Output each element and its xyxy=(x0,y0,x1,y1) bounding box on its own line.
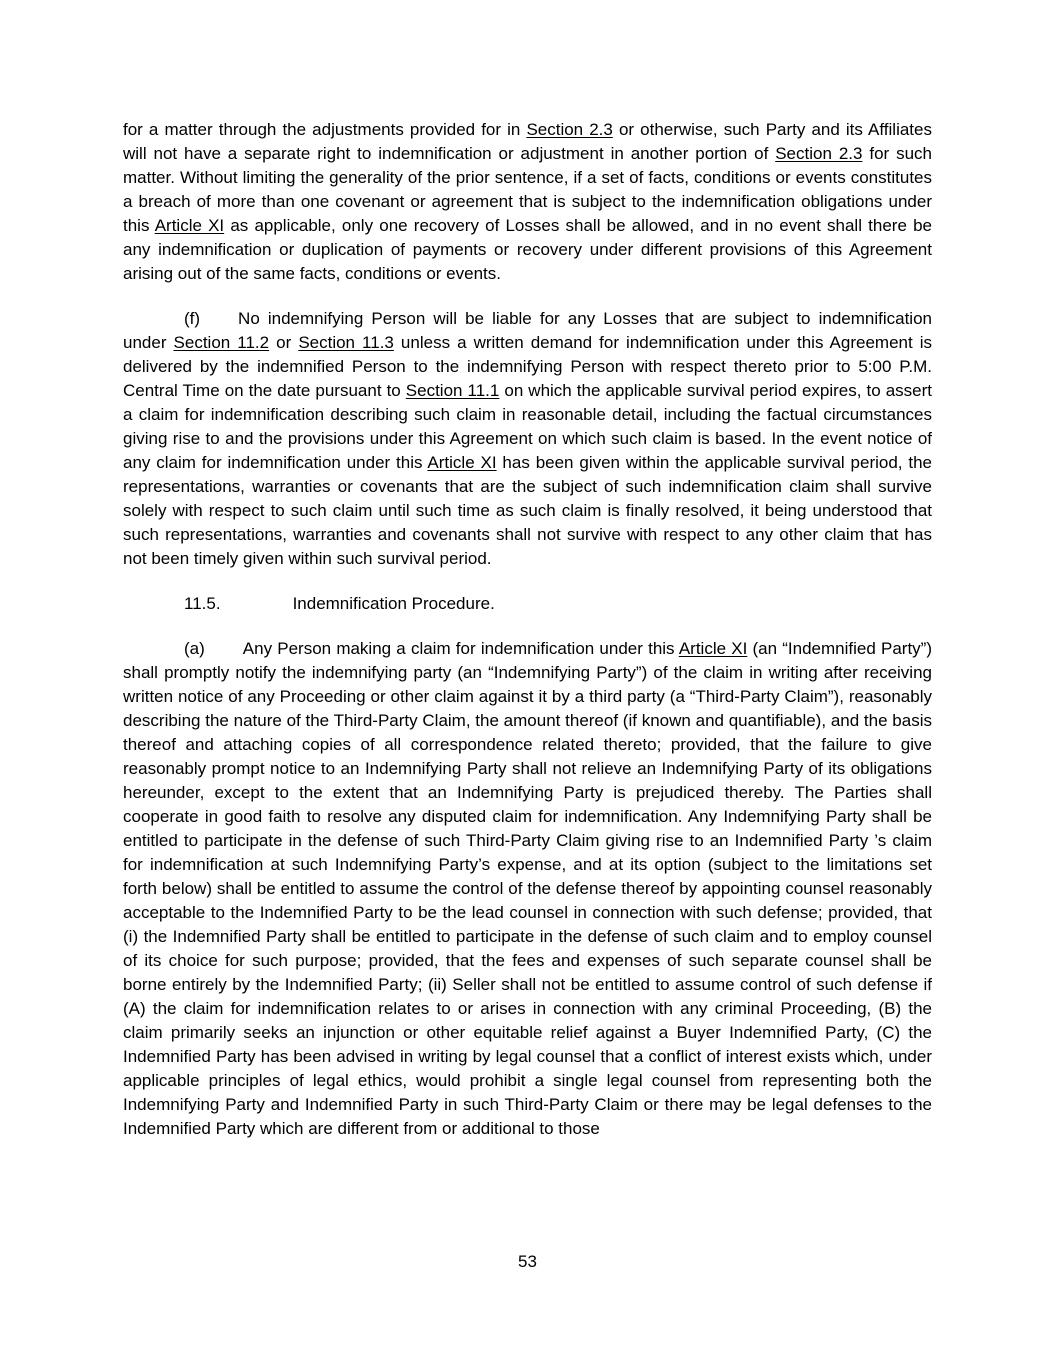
paragraph-continuation-segment-5-underlined-reference: Article XI xyxy=(155,216,224,235)
heading-11-5-segment-0: Indemnification Procedure. xyxy=(293,594,495,613)
document-body: for a matter through the adjustments pro… xyxy=(123,118,932,1141)
paragraph-continuation-segment-3-underlined-reference: Section 2.3 xyxy=(775,144,862,163)
heading-11-5: 11.5.Indemnification Procedure. xyxy=(123,592,932,616)
paragraph-f-segment-3-underlined-reference: Section 11.3 xyxy=(298,333,394,352)
paragraph-continuation-segment-0: for a matter through the adjustments pro… xyxy=(123,120,526,139)
paragraph-continuation-segment-1-underlined-reference: Section 2.3 xyxy=(526,120,612,139)
paragraph-a: (a)Any Person making a claim for indemni… xyxy=(123,637,932,1141)
heading-11-5-label: 11.5. xyxy=(184,594,221,613)
paragraph-f-segment-2: or xyxy=(269,333,298,352)
paragraph-continuation: for a matter through the adjustments pro… xyxy=(123,118,932,286)
paragraph-f-segment-5-underlined-reference: Section 11.1 xyxy=(406,381,500,400)
paragraph-f: (f)No indemnifying Person will be liable… xyxy=(123,307,932,571)
paragraph-continuation-segment-6: as applicable, only one recovery of Loss… xyxy=(123,216,932,283)
paragraph-a-segment-2: (an “Indemnified Party”) shall promptly … xyxy=(123,639,932,1138)
paragraph-a-segment-0: Any Person making a claim for indemnific… xyxy=(243,639,679,658)
document-page: for a matter through the adjustments pro… xyxy=(0,0,1055,1365)
paragraph-f-label: (f) xyxy=(184,309,200,328)
paragraph-f-segment-1-underlined-reference: Section 11.2 xyxy=(174,333,270,352)
paragraph-a-segment-1-underlined-reference: Article XI xyxy=(679,639,747,658)
paragraph-f-segment-7-underlined-reference: Article XI xyxy=(427,453,496,472)
paragraph-a-label: (a) xyxy=(184,639,205,658)
page-number: 53 xyxy=(0,1250,1055,1274)
